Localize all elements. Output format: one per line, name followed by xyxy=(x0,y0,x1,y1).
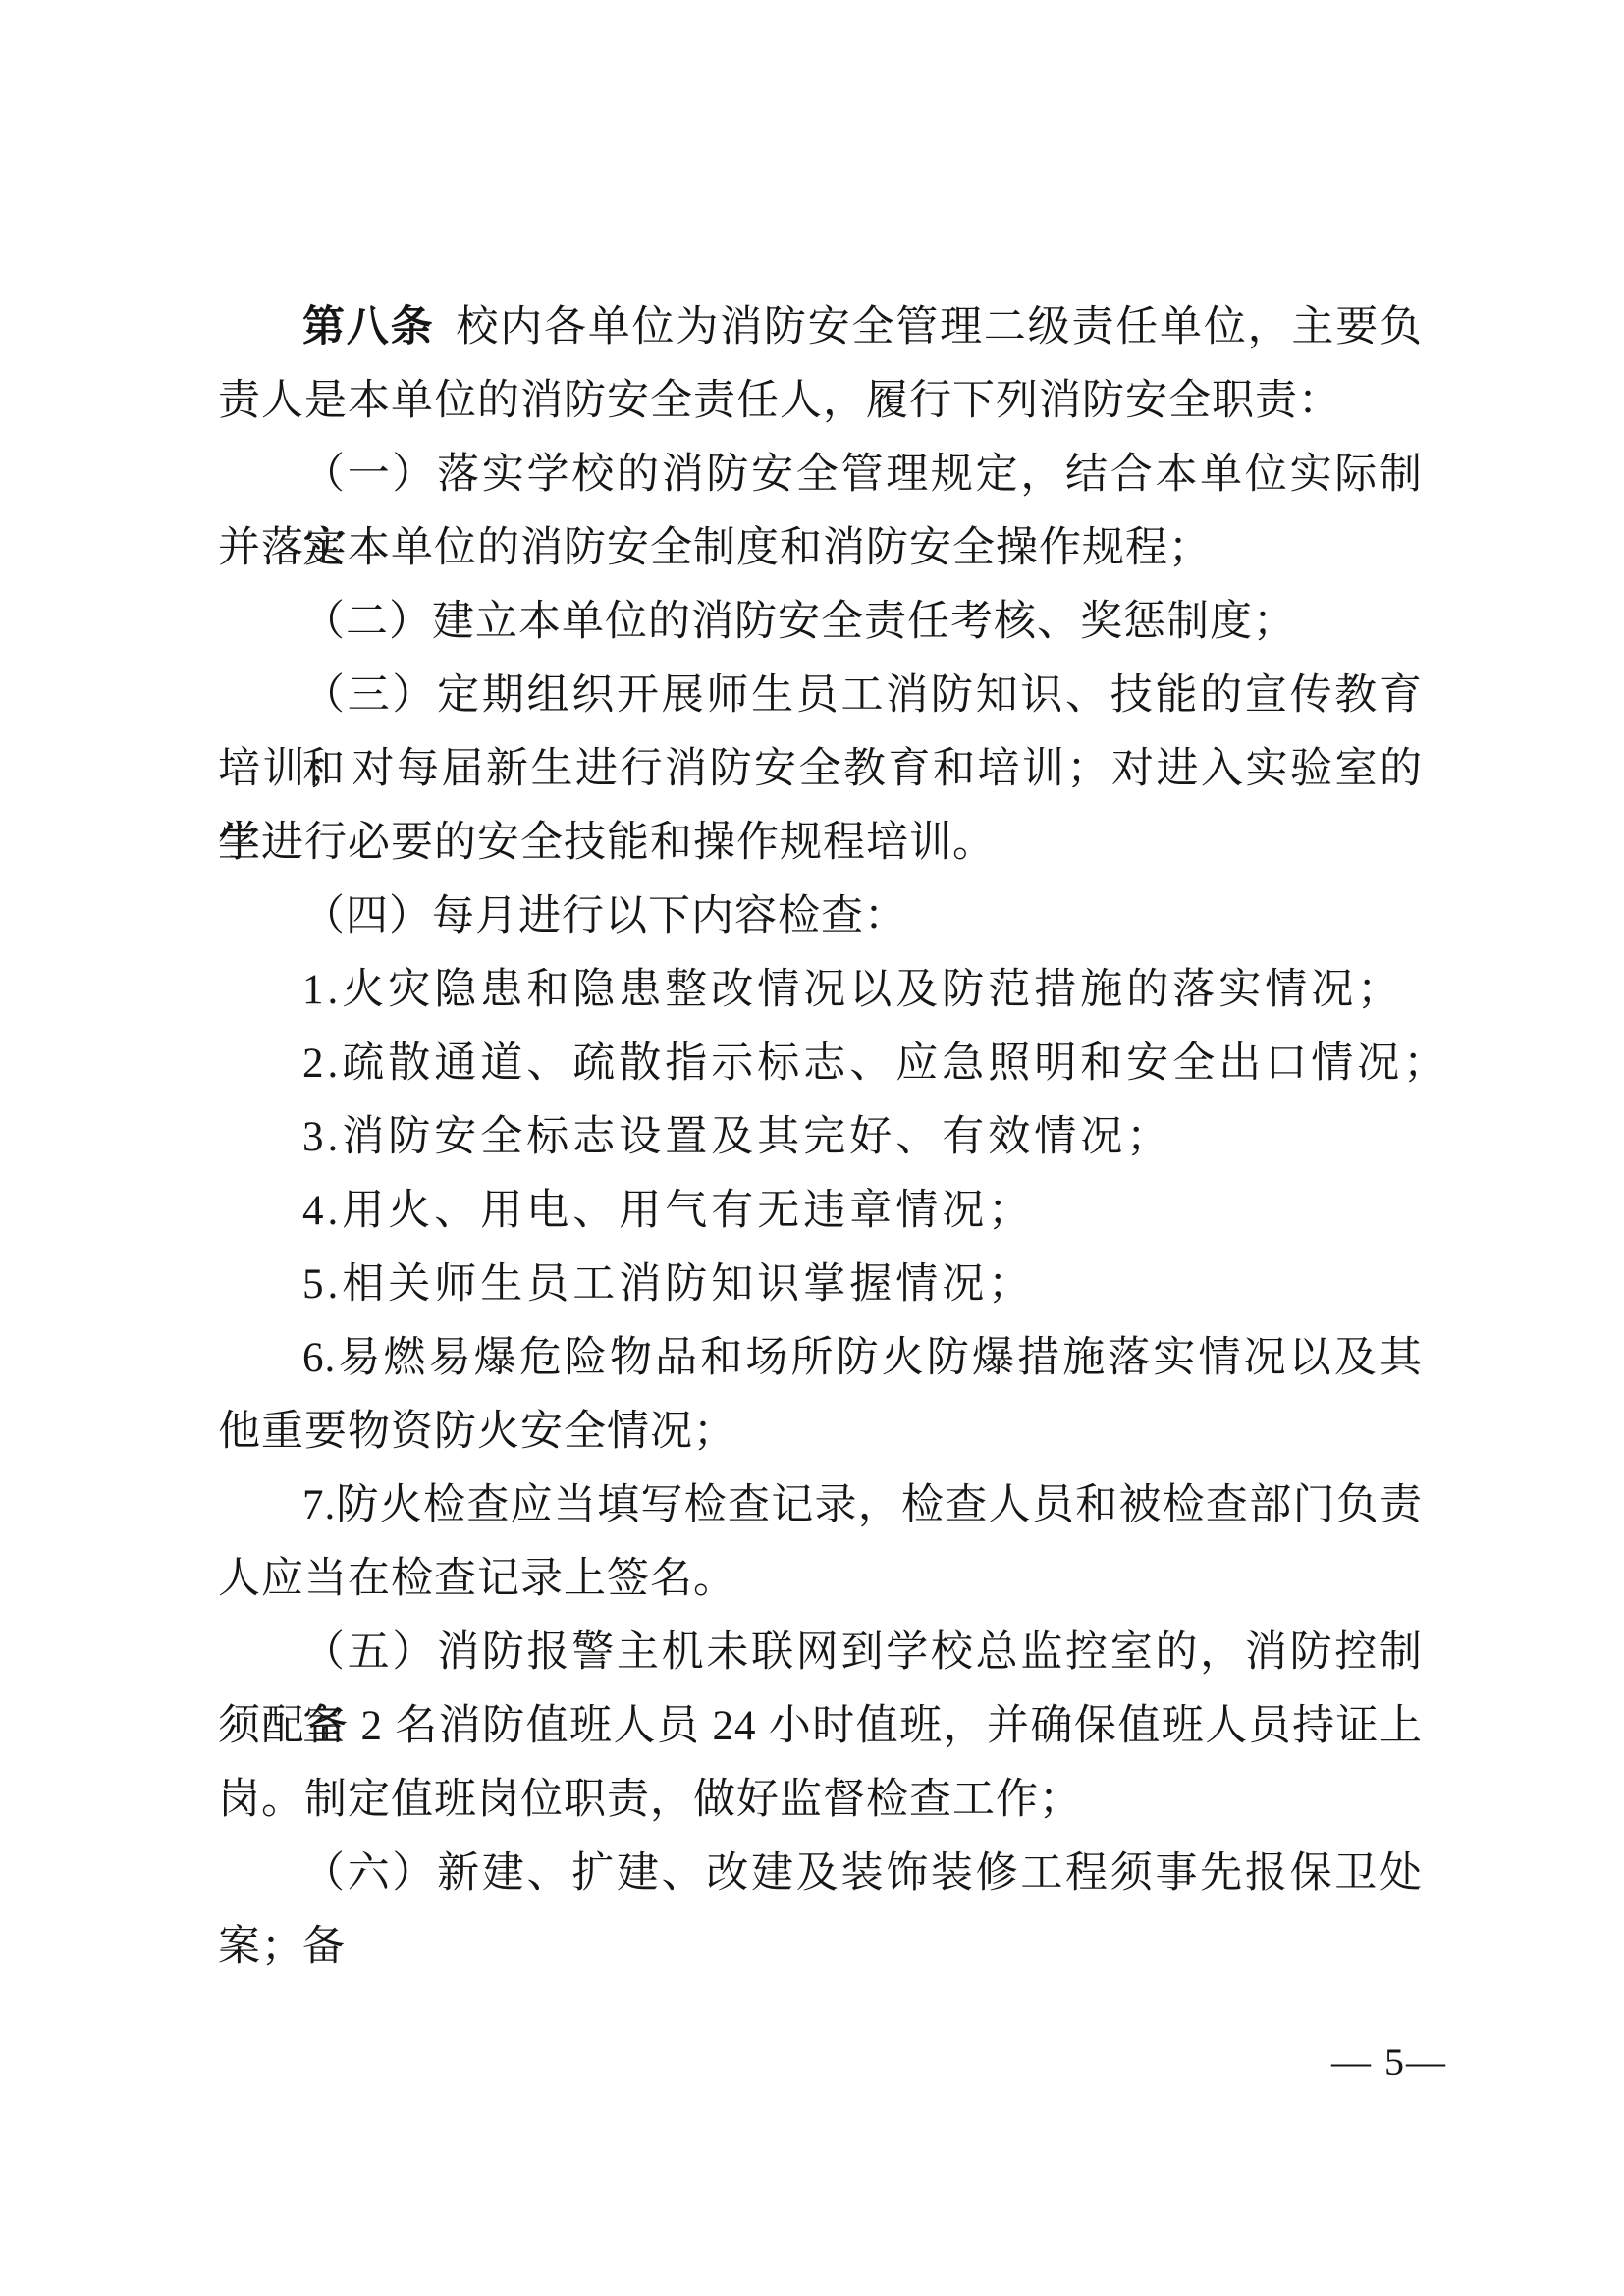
doc-line-article-8: 第八条校内各单位为消防安全管理二级责任单位，主要负 xyxy=(218,291,1423,364)
doc-line-check-2: 2.疏散通道、疏散指示标志、应急照明和安全出口情况； xyxy=(218,1027,1423,1100)
doc-line-item-1: （一）落实学校的消防安全管理规定，结合本单位实际制定 xyxy=(218,438,1423,511)
doc-line: 他重要物资防火安全情况； xyxy=(218,1395,1423,1468)
doc-line-check-1: 1.火灾隐患和隐患整改情况以及防范措施的落实情况； xyxy=(218,953,1423,1027)
doc-line: 案； xyxy=(218,1910,1423,1984)
doc-line-check-3: 3.消防安全标志设置及其完好、有效情况； xyxy=(218,1100,1423,1174)
line-text: 校内各单位为消防安全管理二级责任单位，主要负 xyxy=(456,304,1423,350)
doc-line-item-4: （四）每月进行以下内容检查： xyxy=(218,880,1423,953)
doc-line-check-5: 5.相关师生员工消防知识掌握情况； xyxy=(218,1248,1423,1321)
document-page: 第八条校内各单位为消防安全管理二级责任单位，主要负 责人是本单位的消防安全责任人… xyxy=(0,0,1624,2296)
doc-line-item-5: （五）消防报警主机未联网到学校总监控室的，消防控制室 xyxy=(218,1616,1423,1689)
doc-line: 岗。制定值班岗位职责，做好监督检查工作； xyxy=(218,1763,1423,1837)
article-number: 第八条 xyxy=(302,303,434,350)
document-body: 第八条校内各单位为消防安全管理二级责任单位，主要负 责人是本单位的消防安全责任人… xyxy=(218,291,1423,1984)
doc-line-check-4: 4.用火、用电、用气有无违章情况； xyxy=(218,1174,1423,1248)
doc-line: 培训；对每届新生进行消防安全教育和培训；对进入实验室的学 xyxy=(218,732,1423,806)
doc-line-check-7: 7.防火检查应当填写检查记录，检查人员和被检查部门负责 xyxy=(218,1468,1423,1542)
doc-line: 人应当在检查记录上签名。 xyxy=(218,1542,1423,1616)
doc-line-check-6: 6.易燃易爆危险物品和场所防火防爆措施落实情况以及其 xyxy=(218,1321,1423,1395)
page-number: — 5— xyxy=(1331,2025,1447,2099)
doc-line-item-6: （六）新建、扩建、改建及装饰装修工程须事先报保卫处备 xyxy=(218,1837,1423,1910)
doc-line: 并落实本单位的消防安全制度和消防安全操作规程； xyxy=(218,511,1423,585)
doc-line: 生进行必要的安全技能和操作规程培训。 xyxy=(218,806,1423,880)
doc-line: 责人是本单位的消防安全责任人，履行下列消防安全职责： xyxy=(218,364,1423,438)
doc-line: 须配备 2 名消防值班人员 24 小时值班，并确保值班人员持证上 xyxy=(218,1689,1423,1763)
doc-line-item-3: （三）定期组织开展师生员工消防知识、技能的宣传教育和 xyxy=(218,659,1423,732)
doc-line-item-2: （二）建立本单位的消防安全责任考核、奖惩制度； xyxy=(218,585,1423,659)
